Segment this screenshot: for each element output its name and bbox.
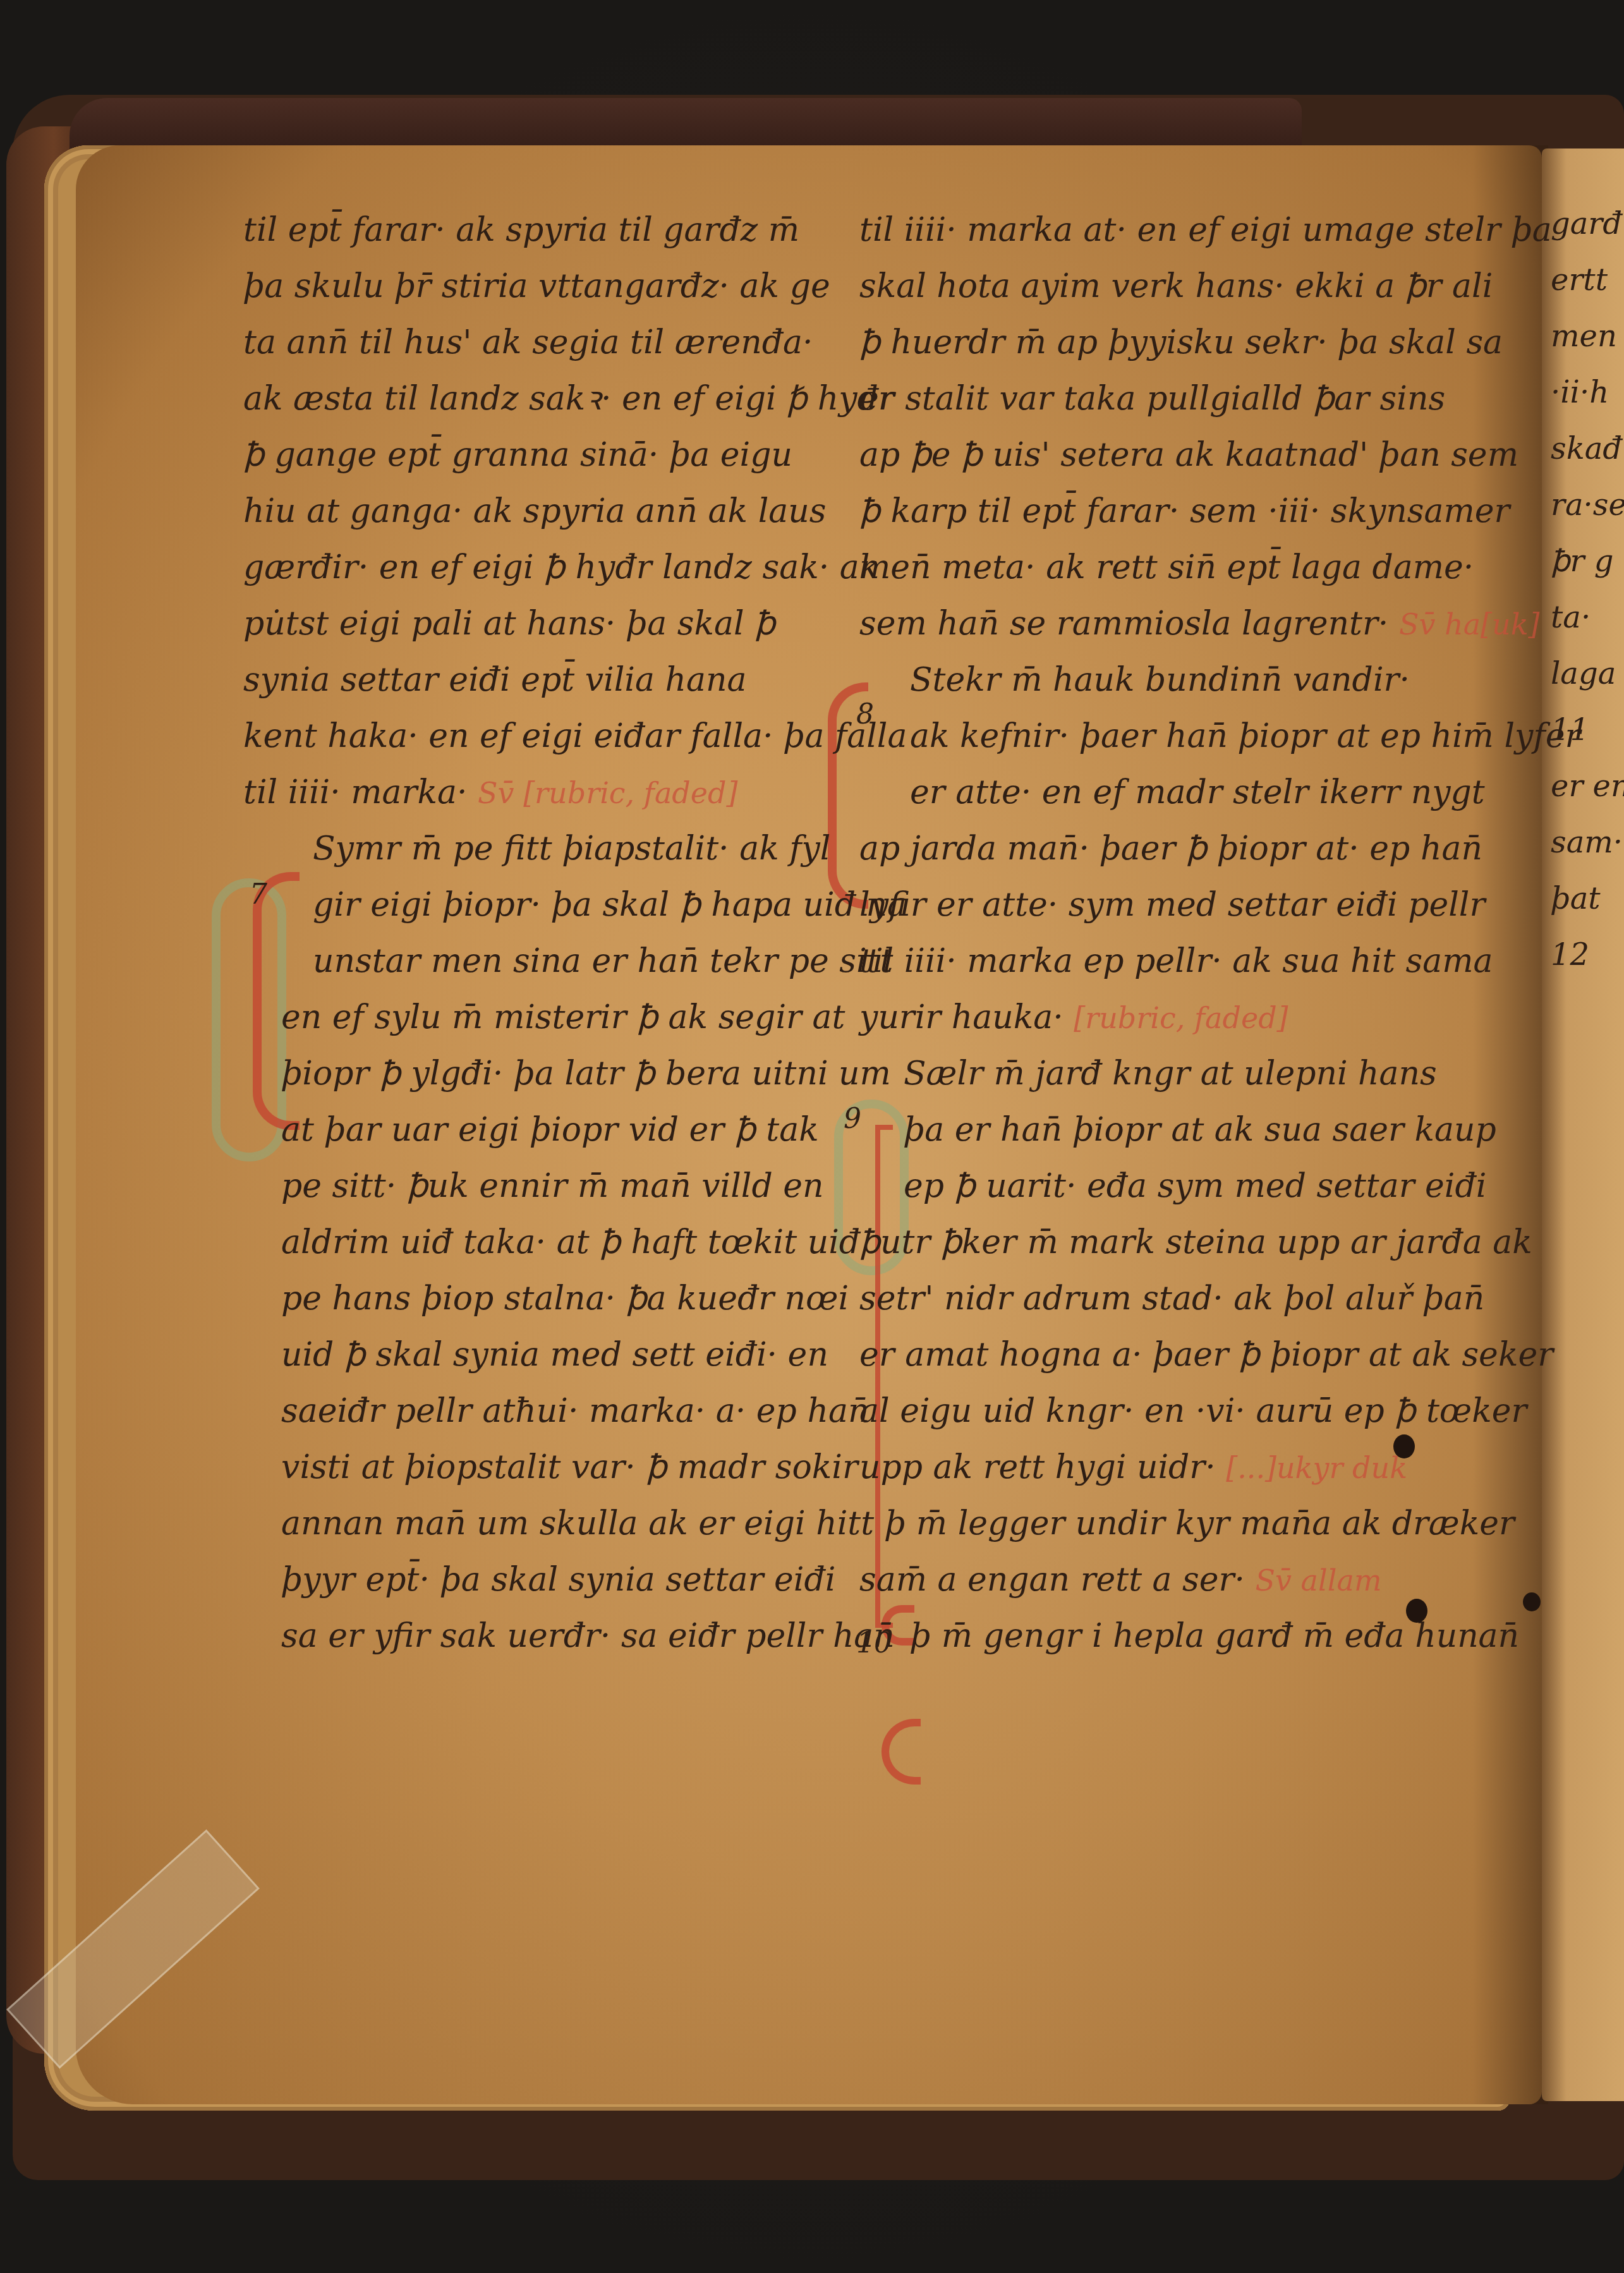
facing-line: skađ: [1542, 421, 1624, 477]
text-line: þa er han̄ þiopr at ak sua saer kaup: [904, 1102, 1523, 1158]
ink-blot: [1523, 1592, 1541, 1611]
text-line: sem han̄ se rammiosla lagrentr· Sv̄ ha[u…: [859, 596, 1523, 652]
text-line: ap ꝥe ꝥ uis' setera ak kaatnad' þan sem: [859, 427, 1523, 483]
text-line: er atte· en ef madr stelr ikerr nygt: [910, 765, 1523, 821]
text-line: þyyr ept̄· þa skal synia settar eiđi: [281, 1552, 831, 1608]
text-line: lyfir er atte· sym med settar eiđi pellr: [859, 877, 1523, 933]
rubric-heading: [...]ukyr duk: [1226, 1451, 1407, 1485]
text-line: yurir hauka· [rubric, faded]: [859, 990, 1523, 1046]
rubric-heading: [rubric, faded]: [1074, 1001, 1288, 1035]
text-line: uid ꝥ skal synia med sett eiđi· en: [281, 1327, 831, 1383]
text-line: ak æsta til landz sakꝛ· en ef eigi ꝥ hyđ…: [243, 371, 831, 427]
text-segment: til iiii· marka·: [243, 773, 467, 811]
text-line: ꝥutr ꝥker m̄ mark steina upp ar jarđa ak: [859, 1215, 1523, 1271]
right-text-column: til iiii· marka at· en ef eigi umage ste…: [859, 202, 1523, 1664]
facing-line: sam·: [1542, 815, 1624, 871]
facing-line: þat: [1542, 871, 1624, 927]
text-line: Stekr m̄ hauk bundinn̄ vandir·: [910, 652, 1523, 708]
rubric-heading: Sv̄ [rubric, faded]: [478, 776, 737, 810]
text-line: er amat hogna a· þaer ꝥ þiopr at ak seke…: [859, 1327, 1523, 1383]
text-line: al eigu uid kngr· en ·vi· aurū ep ꝥ tœke…: [859, 1383, 1523, 1440]
text-line: sa er yfir sak uerđr· sa eiđr pellr han̄: [281, 1608, 831, 1664]
facing-line: ta·: [1542, 590, 1624, 646]
text-line: til iiii· marka at· en ef eigi umage ste…: [859, 202, 1523, 258]
text-line: Sælr m̄ jarđ kngr at ulepni hans: [904, 1046, 1523, 1102]
text-line: þiopr ꝥ ylgđi· þa latr ꝥ bera uitni um: [281, 1046, 831, 1102]
text-line: upp ak rett hygi uidr· [...]ukyr duk: [859, 1440, 1523, 1496]
ink-blot: [1406, 1599, 1427, 1623]
facing-page: garđ ertt men ·ii·h skađ ra·se ꝥr g ta· …: [1542, 149, 1624, 2101]
facing-chapter-number: 12: [1542, 927, 1624, 983]
chapter-number-9: 9: [844, 1103, 861, 1135]
facing-line: ertt: [1542, 252, 1624, 308]
text-line: pe sitt· ꝥuk ennir m̄ man̄ villd en: [281, 1158, 831, 1215]
text-line: ꝥ huerdr m̄ ap þyyisku sekr· þa skal sa: [859, 315, 1523, 371]
text-line: at þar uar eigi þiopr vid er ꝥ tak: [281, 1102, 831, 1158]
text-line: til iiii· marka ep pellr· ak sua hit sam…: [859, 933, 1523, 990]
facing-line: men: [1542, 308, 1624, 365]
text-line: til iiii· marka· Sv̄ [rubric, faded]: [243, 765, 831, 821]
rubric-heading: Sv̄ ha[uk]: [1399, 607, 1540, 641]
text-segment: yurir hauka·: [859, 998, 1063, 1036]
text-line: setr' nidr adrum stad· ak þol aluř þan̄: [859, 1271, 1523, 1327]
text-line: unstar men sina er han̄ tekr pe sitt: [313, 933, 831, 990]
text-line: ꝥ karp til ept̄ farar· sem ·iii· skynsam…: [859, 483, 1523, 540]
facing-line: ra·se: [1542, 477, 1624, 533]
text-line: gærđir· en ef eigi ꝥ hyđr landz sak· ak: [243, 540, 831, 596]
text-segment: sam̄ a engan rett a ser·: [859, 1561, 1245, 1599]
text-line: ep ꝥ uarit· eđa sym med settar eiđi: [904, 1158, 1523, 1215]
text-line: saeiđr pellr atħui· marka· a· ep han̄: [281, 1383, 831, 1440]
text-line: hiu at ganga· ak spyria ann̄ ak laus: [243, 483, 831, 540]
text-line: kent haka· en ef eigi eiđar falla· þa fa…: [243, 708, 831, 765]
text-line: ak kefnir· þaer han̄ þiopr at ep him̄ ly…: [910, 708, 1523, 765]
text-line: þa skulu þr̄ stiria vttangarđz· ak ge: [243, 258, 831, 315]
text-segment: upp ak rett hygi uidr·: [859, 1448, 1216, 1486]
text-line: gir eigi þiopr· þa skal ꝥ hapa uiđ na: [313, 877, 831, 933]
text-line: pu̇tst eigi pali at hans· þa skal ꝥ: [243, 596, 831, 652]
text-line: ta ann̄ til hus' ak segia til ærenđa·: [243, 315, 831, 371]
text-line: til ept̄ farar· ak spyria til garđz m̄: [243, 202, 831, 258]
text-line: þ m̄ legger undir kyr man̄a ak dræker: [859, 1496, 1523, 1552]
text-line: pe hans þiop stalna· ꝥa kueđr nœi: [281, 1271, 831, 1327]
text-line: er stalit var taka pullgialld ꝥar sins: [859, 371, 1523, 427]
text-line: synia settar eiđi ept̄ vilia hana: [243, 652, 831, 708]
text-line: Symr m̄ pe fitt þiapstalit· ak fyl: [313, 821, 831, 877]
ink-blot: [1393, 1434, 1415, 1458]
left-text-column: til ept̄ farar· ak spyria til garđz m̄ þ…: [243, 202, 831, 1664]
text-line: ap jarda man̄· þaer ꝥ þiopr at· ep han̄: [859, 821, 1523, 877]
text-line: en ef sylu m̄ misterir ꝥ ak segir at: [243, 990, 831, 1046]
facing-line: ·ii·h: [1542, 365, 1624, 421]
text-line: sam̄ a engan rett a ser· Sv̄ allam: [859, 1552, 1523, 1608]
text-line: annan man̄ um skulla ak er eigi hitt: [281, 1496, 831, 1552]
facing-line: garđ: [1542, 196, 1624, 252]
text-line: aldrim uiđ taka· at ꝥ haft tœkit uiđ: [281, 1215, 831, 1271]
rubric-heading: Sv̄ allam: [1256, 1563, 1382, 1597]
facing-line: laga: [1542, 646, 1624, 702]
text-line: ꝥ gange ept̄ granna sinā· þa eigu: [243, 427, 831, 483]
facing-line: ꝥr g: [1542, 533, 1624, 590]
text-line: skal hota ayiт verk hans· ekki a ꝥr ali: [859, 258, 1523, 315]
text-line: men̄ meta· ak rett sin̄ ept̄ laga dame·: [859, 540, 1523, 596]
text-line: visti at þiopstalit var· ꝥ madr sokir: [281, 1440, 831, 1496]
facing-line: er en: [1542, 758, 1624, 815]
text-segment: sem han̄ se rammiosla lagrentr·: [859, 605, 1388, 643]
